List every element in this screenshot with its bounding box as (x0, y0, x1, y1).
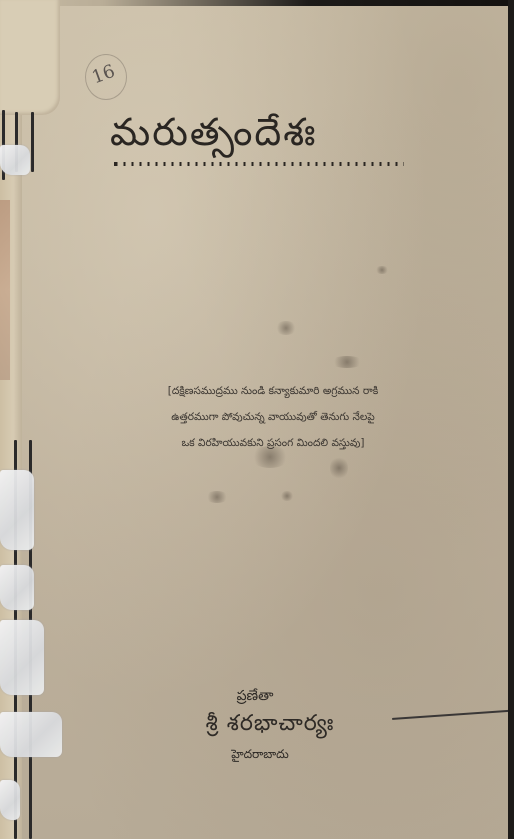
scan-border-right (508, 0, 514, 839)
description-line: [దక్షిణసముద్రము నుండి కన్యాకుమారి అగ్రము… (128, 378, 418, 404)
stain (280, 491, 294, 501)
adhesive-tape (0, 620, 44, 695)
stain (205, 491, 229, 503)
author-name: శ్రీ శరభాచార్యః (140, 711, 400, 741)
binding-thread (31, 112, 34, 172)
pencil-stroke (392, 710, 510, 720)
adhesive-tape (0, 470, 34, 550)
adhesive-tape (0, 565, 34, 610)
description-block: [దక్షిణసముద్రము నుండి కన్యాకుమారి అగ్రము… (128, 378, 418, 456)
title-ornament-underline (114, 162, 404, 166)
adhesive-tape (0, 145, 30, 175)
book-title: మరుత్సందేశః (110, 110, 410, 164)
rust-stain (0, 200, 10, 380)
author-block: ప్రణేతా శ్రీ శరభాచార్యః హైదరాబాదు (140, 688, 400, 764)
torn-paper-corner (0, 0, 60, 115)
description-line: ఒక విరహియువకుని ప్రసంగ మిందలి వస్తువు] (128, 430, 418, 456)
stain (375, 266, 389, 274)
stain (330, 356, 364, 368)
author-label: ప్రణేతా (110, 688, 400, 707)
adhesive-tape (0, 712, 62, 757)
adhesive-tape (0, 780, 20, 820)
stain (275, 321, 297, 335)
torn-spine (0, 0, 62, 839)
stain (330, 456, 348, 480)
description-line: ఉత్తరముగా పోవుచున్న వాయువుతో తెనుగు నేలప… (128, 404, 418, 430)
book-cover: 16 మరుత్సందేశః [దక్షిణసముద్రము నుండి కన్… (0, 6, 508, 839)
publication-place: హైదరాబాదు (120, 747, 400, 764)
